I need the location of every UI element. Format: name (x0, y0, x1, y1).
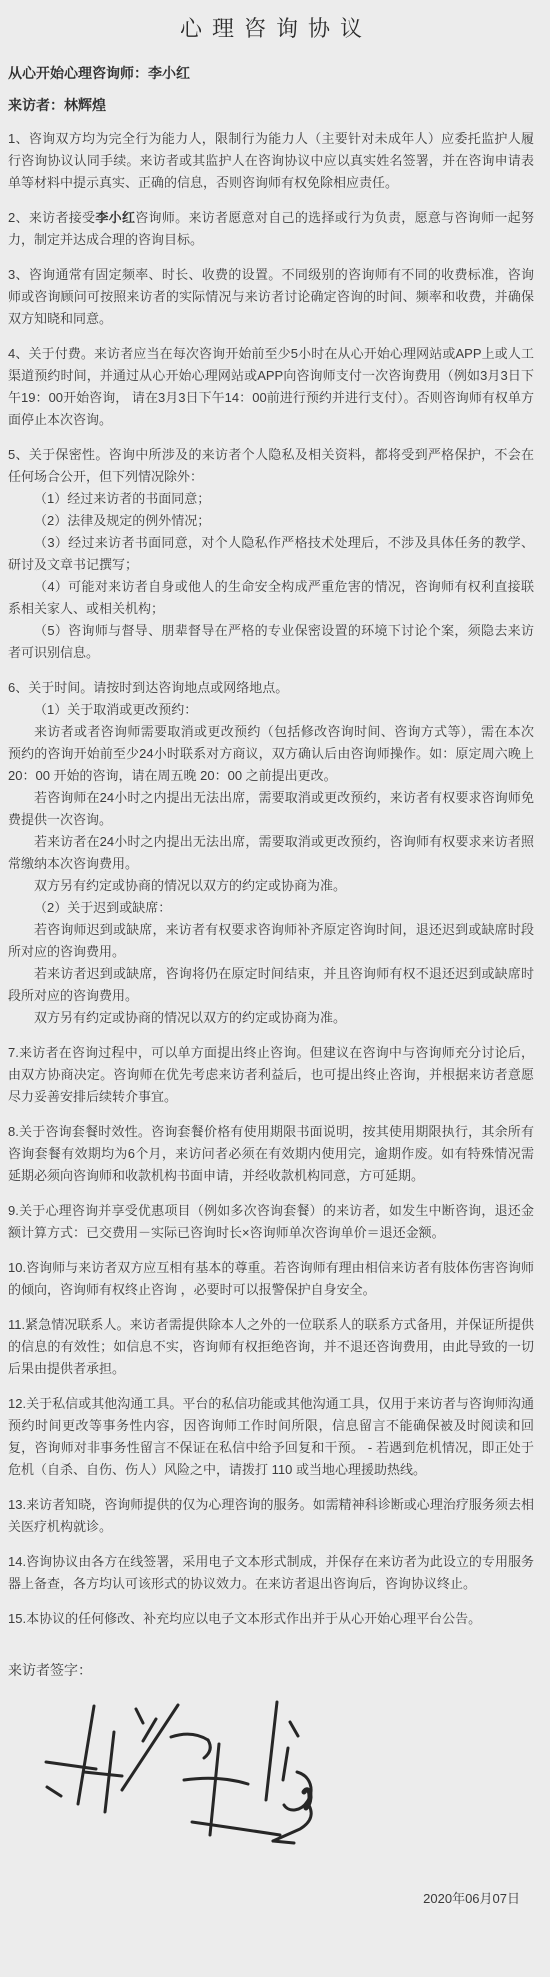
clause-text: 3、咨询通常有固定频率、时长、收费的设置。不同级别的咨询师有不同的收费标准，咨询… (8, 267, 534, 326)
clause-paragraph: （1）经过来访者的书面同意； (8, 488, 534, 510)
clause-text: 5、关于保密性。咨询中所涉及的来访者个人隐私及相关资料，都将受到严格保护，不会在… (8, 447, 534, 484)
visitor-line: 来访者：林辉煌 (8, 95, 534, 115)
clause-group: 13.来访者知晓，咨询师提供的仅为心理咨询的服务。如需精神科诊断或心理治疗服务须… (8, 1494, 534, 1538)
clause-text: （1）关于取消或更改预约： (34, 702, 197, 717)
clause-group: 14.咨询协议由各方在线签署，采用电子文本形式制成，并保存在来访者为此设立的专用… (8, 1551, 534, 1595)
clause-paragraph: 若咨询师在24小时之内提出无法出席，需要取消或更改预约，来访者有权要求咨询师免费… (8, 787, 534, 831)
clause-text: 1、咨询双方均为完全行为能力人，限制行为能力人（主要针对未成年人）应委托监护人履… (8, 131, 534, 190)
clause-text: 若来访者在24小时之内提出无法出席，需要取消或更改预约，咨询师有权要求来访者照常… (8, 834, 534, 871)
clause-paragraph: 若来访者迟到或缺席，咨询将仍在原定时间结束，并且咨询师有权不退还迟到或缺席时段所… (8, 963, 534, 1007)
clause-group: 4、关于付费。来访者应当在每次咨询开始前至少5小时在从心开始心理网站或APP上或… (8, 343, 534, 431)
agreement-date: 2020年06月07日 (8, 1888, 534, 1907)
clause-paragraph: （3）经过来访者书面同意，对个人隐私作严格技术处理后，不涉及具体任务的教学、研讨… (8, 532, 534, 576)
clause-group: 5、关于保密性。咨询中所涉及的来访者个人隐私及相关资料，都将受到严格保护，不会在… (8, 444, 534, 664)
clause-paragraph: 11.紧急情况联系人。来访者需提供除本人之外的一位联系人的联系方式备用，并保证所… (8, 1314, 534, 1380)
clause-paragraph: 双方另有约定或协商的情况以双方的约定或协商为准。 (8, 875, 534, 897)
clause-text: （2）法律及规定的例外情况； (34, 513, 210, 528)
clause-paragraph: 6、关于时间。请按时到达咨询地点或网络地点。 (8, 677, 534, 699)
clause-bold-text: 李小红 (95, 210, 135, 225)
clause-text: 7.来访者在咨询过程中，可以单方面提出终止咨询。但建议在咨询中与咨询师充分讨论后… (8, 1045, 534, 1104)
clause-text: 若咨询师迟到或缺席，来访者有权要求咨询师补齐原定咨询时间，退还迟到或缺席时段所对… (8, 922, 534, 959)
clauses: 1、咨询双方均为完全行为能力人，限制行为能力人（主要针对未成年人）应委托监护人履… (8, 128, 534, 1630)
clause-paragraph: 1、咨询双方均为完全行为能力人，限制行为能力人（主要针对未成年人）应委托监护人履… (8, 128, 534, 194)
clause-group: 11.紧急情况联系人。来访者需提供除本人之外的一位联系人的联系方式备用，并保证所… (8, 1314, 534, 1380)
clause-text: 若咨询师在24小时之内提出无法出席，需要取消或更改预约，来访者有权要求咨询师免费… (8, 790, 534, 827)
clause-group: 10.咨询师与来访者双方应互相有基本的尊重。若咨询师有理由相信来访者有肢体伤害咨… (8, 1257, 534, 1301)
clause-group: 9.关于心理咨询并享受优惠项目（例如多次咨询套餐）的来访者，如发生中断咨询，退还… (8, 1200, 534, 1244)
clause-paragraph: 9.关于心理咨询并享受优惠项目（例如多次咨询套餐）的来访者，如发生中断咨询，退还… (8, 1200, 534, 1244)
clause-text: 4、关于付费。来访者应当在每次咨询开始前至少5小时在从心开始心理网站或APP上或… (8, 346, 534, 427)
clause-paragraph: 2、来访者接受李小红咨询师。来访者愿意对自己的选择或行为负责，愿意与咨询师一起努… (8, 207, 534, 251)
clause-paragraph: 5、关于保密性。咨询中所涉及的来访者个人隐私及相关资料，都将受到严格保护，不会在… (8, 444, 534, 488)
signature-drawing-icon (34, 1692, 334, 1862)
clause-text: 2、来访者接受 (8, 210, 95, 225)
clause-paragraph: （2）法律及规定的例外情况； (8, 510, 534, 532)
clause-text: 14.咨询协议由各方在线签署，采用电子文本形式制成，并保存在来访者为此设立的专用… (8, 1554, 534, 1591)
clause-paragraph: （2）关于迟到或缺席： (8, 897, 534, 919)
clause-text: 8.关于咨询套餐时效性。咨询套餐价格有使用期限书面说明，按其使用期限执行，其余所… (8, 1124, 534, 1183)
counselor-line: 从心开始心理咨询师：李小红 (8, 63, 534, 83)
clause-text: （4）可能对来访者自身或他人的生命安全构成严重危害的情况，咨询师有权利直接联系相… (8, 579, 534, 616)
clause-paragraph: 14.咨询协议由各方在线签署，采用电子文本形式制成，并保存在来访者为此设立的专用… (8, 1551, 534, 1595)
clause-paragraph: 3、咨询通常有固定频率、时长、收费的设置。不同级别的咨询师有不同的收费标准，咨询… (8, 264, 534, 330)
page-title: 心理咨询协议 (8, 12, 534, 43)
visitor-name: 林辉煌 (64, 97, 106, 113)
clause-text: 来访者或者咨询师需要取消或更改预约（包括修改咨询时间、咨询方式等），需在本次预约… (8, 724, 534, 783)
clause-text: 双方另有约定或协商的情况以双方的约定或协商为准。 (34, 1010, 346, 1025)
clause-paragraph: 8.关于咨询套餐时效性。咨询套餐价格有使用期限书面说明，按其使用期限执行，其余所… (8, 1121, 534, 1187)
visitor-signature (34, 1692, 334, 1862)
clause-group: 8.关于咨询套餐时效性。咨询套餐价格有使用期限书面说明，按其使用期限执行，其余所… (8, 1121, 534, 1187)
clause-paragraph: 10.咨询师与来访者双方应互相有基本的尊重。若咨询师有理由相信来访者有肢体伤害咨… (8, 1257, 534, 1301)
visitor-label: 来访者： (8, 97, 64, 113)
clause-text: 15.本协议的任何修改、补充均应以电子文本形式作出并于从心开始心理平台公告。 (8, 1611, 481, 1626)
clause-group: 15.本协议的任何修改、补充均应以电子文本形式作出并于从心开始心理平台公告。 (8, 1608, 534, 1630)
clause-text: 10.咨询师与来访者双方应互相有基本的尊重。若咨询师有理由相信来访者有肢体伤害咨… (8, 1260, 534, 1297)
clause-group: 2、来访者接受李小红咨询师。来访者愿意对自己的选择或行为负责，愿意与咨询师一起努… (8, 207, 534, 251)
clause-text: 12.关于私信或其他沟通工具。平台的私信功能或其他沟通工具，仅用于来访者与咨询师… (8, 1396, 534, 1477)
clause-text: 双方另有约定或协商的情况以双方的约定或协商为准。 (34, 878, 346, 893)
clause-paragraph: 13.来访者知晓，咨询师提供的仅为心理咨询的服务。如需精神科诊断或心理治疗服务须… (8, 1494, 534, 1538)
clause-group: 6、关于时间。请按时到达咨询地点或网络地点。（1）关于取消或更改预约：来访者或者… (8, 677, 534, 1029)
clause-text: （1）经过来访者的书面同意； (34, 491, 210, 506)
clause-text: 若来访者迟到或缺席，咨询将仍在原定时间结束，并且咨询师有权不退还迟到或缺席时段所… (8, 966, 534, 1003)
agreement-document: 心理咨询协议 从心开始心理咨询师：李小红 来访者：林辉煌 1、咨询双方均为完全行… (0, 0, 550, 1977)
clause-paragraph: 7.来访者在咨询过程中，可以单方面提出终止咨询。但建议在咨询中与咨询师充分讨论后… (8, 1042, 534, 1108)
clause-text: 9.关于心理咨询并享受优惠项目（例如多次咨询套餐）的来访者，如发生中断咨询，退还… (8, 1203, 534, 1240)
clause-text: （2）关于迟到或缺席： (34, 900, 171, 915)
clause-text: 6、关于时间。请按时到达咨询地点或网络地点。 (8, 680, 288, 695)
clause-group: 7.来访者在咨询过程中，可以单方面提出终止咨询。但建议在咨询中与咨询师充分讨论后… (8, 1042, 534, 1108)
clause-paragraph: 若咨询师迟到或缺席，来访者有权要求咨询师补齐原定咨询时间，退还迟到或缺席时段所对… (8, 919, 534, 963)
counselor-label: 从心开始心理咨询师： (8, 65, 148, 81)
clause-text: （3）经过来访者书面同意，对个人隐私作严格技术处理后，不涉及具体任务的教学、研讨… (8, 535, 534, 572)
clause-paragraph: （4）可能对来访者自身或他人的生命安全构成严重危害的情况，咨询师有权利直接联系相… (8, 576, 534, 620)
clause-paragraph: 双方另有约定或协商的情况以双方的约定或协商为准。 (8, 1007, 534, 1029)
signature-label: 来访者签字： (8, 1660, 534, 1680)
clause-text: 11.紧急情况联系人。来访者需提供除本人之外的一位联系人的联系方式备用，并保证所… (8, 1317, 534, 1376)
clause-paragraph: 12.关于私信或其他沟通工具。平台的私信功能或其他沟通工具，仅用于来访者与咨询师… (8, 1393, 534, 1481)
clause-group: 1、咨询双方均为完全行为能力人，限制行为能力人（主要针对未成年人）应委托监护人履… (8, 128, 534, 194)
clause-paragraph: （5）咨询师与督导、朋辈督导在严格的专业保密设置的环境下讨论个案，须隐去来访者可… (8, 620, 534, 664)
clause-group: 12.关于私信或其他沟通工具。平台的私信功能或其他沟通工具，仅用于来访者与咨询师… (8, 1393, 534, 1481)
clause-text: 13.来访者知晓，咨询师提供的仅为心理咨询的服务。如需精神科诊断或心理治疗服务须… (8, 1497, 534, 1534)
clause-paragraph: （1）关于取消或更改预约： (8, 699, 534, 721)
clause-paragraph: 来访者或者咨询师需要取消或更改预约（包括修改咨询时间、咨询方式等），需在本次预约… (8, 721, 534, 787)
clause-paragraph: 4、关于付费。来访者应当在每次咨询开始前至少5小时在从心开始心理网站或APP上或… (8, 343, 534, 431)
counselor-name: 李小红 (148, 65, 190, 81)
clause-paragraph: 若来访者在24小时之内提出无法出席，需要取消或更改预约，咨询师有权要求来访者照常… (8, 831, 534, 875)
clause-group: 3、咨询通常有固定频率、时长、收费的设置。不同级别的咨询师有不同的收费标准，咨询… (8, 264, 534, 330)
clause-paragraph: 15.本协议的任何修改、补充均应以电子文本形式作出并于从心开始心理平台公告。 (8, 1608, 534, 1630)
clause-text: （5）咨询师与督导、朋辈督导在严格的专业保密设置的环境下讨论个案，须隐去来访者可… (8, 623, 534, 660)
